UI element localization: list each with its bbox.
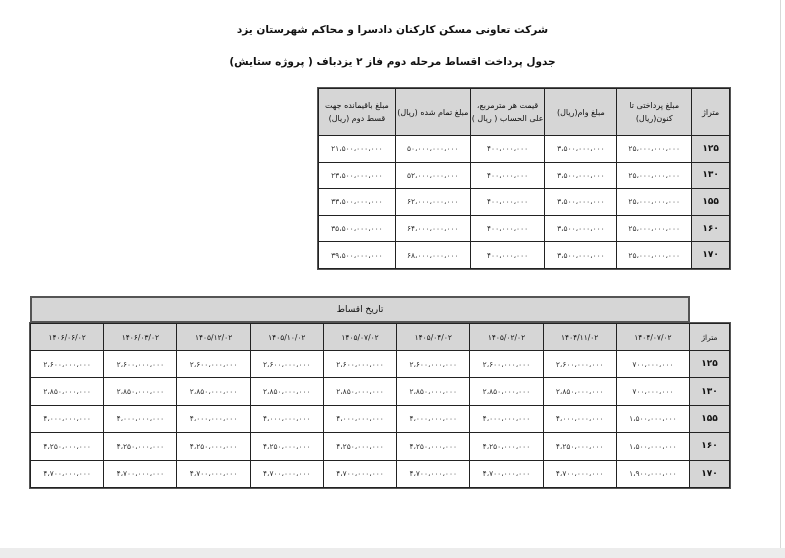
header-paid-so-far: مبلغ پرداختی تا کنون(ریال) <box>617 89 692 136</box>
installment-cell: ۲،۶۰۰،۰۰۰،۰۰۰ <box>250 351 323 378</box>
table-row: ۱۵۵ ۲۵،۰۰۰،۰۰۰،۰۰۰ ۳،۵۰۰،۰۰۰،۰۰۰ ۴۰۰،۰۰۰… <box>319 189 730 216</box>
installment-cell: ۷۰۰،۰۰۰،۰۰۰ <box>616 351 689 378</box>
installment-cell: ۴،۷۰۰،۰۰۰،۰۰۰ <box>250 460 323 487</box>
header-loan-amount: مبلغ وام(ریال) <box>545 89 617 136</box>
installment-cell: ۲،۸۵۰،۰۰۰،۰۰۰ <box>104 378 177 405</box>
installment-cell: ۲،۶۰۰،۰۰۰،۰۰۰ <box>470 351 543 378</box>
total-cell: ۶۲،۰۰۰،۰۰۰،۰۰۰ <box>395 189 470 216</box>
installment-cell: ۴،۰۰۰،۰۰۰،۰۰۰ <box>323 405 396 432</box>
table-row: ۱۷۰ ۱،۹۰۰،۰۰۰،۰۰۰ ۴،۷۰۰،۰۰۰،۰۰۰ ۴،۷۰۰،۰۰… <box>31 460 730 487</box>
header-date: ۱۴۰۵/۰۴/۰۲ <box>397 324 470 351</box>
header-area: متراژ <box>690 324 730 351</box>
area-cell: ۱۷۰ <box>690 460 730 487</box>
installment-cell: ۲،۸۵۰،۰۰۰،۰۰۰ <box>250 378 323 405</box>
installment-cell: ۴،۲۵۰،۰۰۰،۰۰۰ <box>470 433 543 460</box>
installment-cell: ۴،۰۰۰،۰۰۰،۰۰۰ <box>104 405 177 432</box>
table-row: ۱۶۰ ۱،۵۰۰،۰۰۰،۰۰۰ ۴،۲۵۰،۰۰۰،۰۰۰ ۴،۲۵۰،۰۰… <box>31 433 730 460</box>
header-remaining: مبلغ باقیمانده جهت قسط دوم (ریال) <box>319 89 396 136</box>
header-date: ۱۴۰۵/۰۷/۰۲ <box>323 324 396 351</box>
area-cell: ۱۲۵ <box>692 136 730 163</box>
installment-cell: ۷۰۰،۰۰۰،۰۰۰ <box>616 378 689 405</box>
document-page: شرکت تعاونی مسکن کارکنان دادسرا و محاکم … <box>0 0 781 548</box>
installments-table: متراژ ۱۴۰۴/۰۷/۰۲ ۱۴۰۴/۱۱/۰۲ ۱۴۰۵/۰۲/۰۲ ۱… <box>30 323 730 488</box>
table-row: ۱۶۰ ۲۵،۰۰۰،۰۰۰،۰۰۰ ۳،۵۰۰،۰۰۰،۰۰۰ ۴۰۰،۰۰۰… <box>319 215 730 242</box>
table-row: ۱۵۵ ۱،۵۰۰،۰۰۰،۰۰۰ ۴،۰۰۰،۰۰۰،۰۰۰ ۴،۰۰۰،۰۰… <box>31 405 730 432</box>
remaining-cell: ۲۱،۵۰۰،۰۰۰،۰۰۰ <box>319 136 396 163</box>
installment-cell: ۴،۰۰۰،۰۰۰،۰۰۰ <box>470 405 543 432</box>
paid-cell: ۲۵،۰۰۰،۰۰۰،۰۰۰ <box>617 136 692 163</box>
installment-cell: ۲،۸۵۰،۰۰۰،۰۰۰ <box>31 378 104 405</box>
installment-cell: ۴،۷۰۰،۰۰۰،۰۰۰ <box>177 460 250 487</box>
installment-cell: ۴،۲۵۰،۰۰۰،۰۰۰ <box>31 433 104 460</box>
installment-dates-title: تاریخ اقساط <box>30 296 690 323</box>
loan-cell: ۳،۵۰۰،۰۰۰،۰۰۰ <box>545 242 617 269</box>
installment-cell: ۴،۷۰۰،۰۰۰،۰۰۰ <box>470 460 543 487</box>
installment-cell: ۱،۵۰۰،۰۰۰،۰۰۰ <box>616 405 689 432</box>
header-price-per-m2: قیمت هر مترمربع، علی الحساب ( ریال ) <box>470 89 545 136</box>
header-date: ۱۴۰۶/۰۳/۰۲ <box>104 324 177 351</box>
total-cell: ۶۴،۰۰۰،۰۰۰،۰۰۰ <box>395 215 470 242</box>
document-title: شرکت تعاونی مسکن کارکنان دادسرا و محاکم … <box>0 24 785 36</box>
table-row: ۱۲۵ ۲۵،۰۰۰،۰۰۰،۰۰۰ ۳،۵۰۰،۰۰۰،۰۰۰ ۴۰۰،۰۰۰… <box>319 136 730 163</box>
summary-table: متراژ مبلغ پرداختی تا کنون(ریال) مبلغ وا… <box>318 88 730 269</box>
table-row: ۱۲۵ ۷۰۰،۰۰۰،۰۰۰ ۲،۶۰۰،۰۰۰،۰۰۰ ۲،۶۰۰،۰۰۰،… <box>31 351 730 378</box>
remaining-cell: ۲۳،۵۰۰،۰۰۰،۰۰۰ <box>319 162 396 189</box>
area-cell: ۱۳۰ <box>690 378 730 405</box>
installment-cell: ۲،۸۵۰،۰۰۰،۰۰۰ <box>470 378 543 405</box>
price-per-m2-cell: ۴۰۰،۰۰۰،۰۰۰ <box>470 162 545 189</box>
price-per-m2-cell: ۴۰۰،۰۰۰،۰۰۰ <box>470 242 545 269</box>
installment-cell: ۴،۲۵۰،۰۰۰،۰۰۰ <box>397 433 470 460</box>
remaining-cell: ۳۵،۵۰۰،۰۰۰،۰۰۰ <box>319 215 396 242</box>
installment-cell: ۲،۶۰۰،۰۰۰،۰۰۰ <box>104 351 177 378</box>
document-subtitle: جدول پرداخت اقساط مرحله دوم فاز ۲ یزدباف… <box>0 56 785 68</box>
installment-cell: ۴،۰۰۰،۰۰۰،۰۰۰ <box>250 405 323 432</box>
installment-cell: ۴،۲۵۰،۰۰۰،۰۰۰ <box>104 433 177 460</box>
area-cell: ۱۵۵ <box>692 189 730 216</box>
paid-cell: ۲۵،۰۰۰،۰۰۰،۰۰۰ <box>617 189 692 216</box>
paid-cell: ۲۵،۰۰۰،۰۰۰،۰۰۰ <box>617 242 692 269</box>
installment-cell: ۲،۸۵۰،۰۰۰،۰۰۰ <box>543 378 616 405</box>
table-row: ۱۷۰ ۲۵،۰۰۰،۰۰۰،۰۰۰ ۳،۵۰۰،۰۰۰،۰۰۰ ۴۰۰،۰۰۰… <box>319 242 730 269</box>
area-cell: ۱۶۰ <box>690 433 730 460</box>
paid-cell: ۲۵،۰۰۰،۰۰۰،۰۰۰ <box>617 162 692 189</box>
header-date: ۱۴۰۴/۰۷/۰۲ <box>616 324 689 351</box>
installment-cell: ۲،۸۵۰،۰۰۰،۰۰۰ <box>397 378 470 405</box>
header-date: ۱۴۰۵/۱۰/۰۲ <box>250 324 323 351</box>
total-cell: ۵۲،۰۰۰،۰۰۰،۰۰۰ <box>395 162 470 189</box>
area-cell: ۱۶۰ <box>692 215 730 242</box>
installment-cell: ۱،۹۰۰،۰۰۰،۰۰۰ <box>616 460 689 487</box>
loan-cell: ۳،۵۰۰،۰۰۰،۰۰۰ <box>545 189 617 216</box>
installment-cell: ۴،۰۰۰،۰۰۰،۰۰۰ <box>397 405 470 432</box>
paid-cell: ۲۵،۰۰۰،۰۰۰،۰۰۰ <box>617 215 692 242</box>
area-cell: ۱۳۰ <box>692 162 730 189</box>
installment-cell: ۴،۲۵۰،۰۰۰،۰۰۰ <box>177 433 250 460</box>
installment-cell: ۴،۲۵۰،۰۰۰،۰۰۰ <box>250 433 323 460</box>
installment-cell: ۴،۷۰۰،۰۰۰،۰۰۰ <box>323 460 396 487</box>
installment-cell: ۲،۶۰۰،۰۰۰،۰۰۰ <box>543 351 616 378</box>
installment-cell: ۱،۵۰۰،۰۰۰،۰۰۰ <box>616 433 689 460</box>
price-per-m2-cell: ۴۰۰،۰۰۰،۰۰۰ <box>470 136 545 163</box>
installment-cell: ۴،۲۵۰،۰۰۰،۰۰۰ <box>323 433 396 460</box>
viewer-bottom-edge <box>0 548 785 558</box>
loan-cell: ۳،۵۰۰،۰۰۰،۰۰۰ <box>545 162 617 189</box>
price-per-m2-cell: ۴۰۰،۰۰۰،۰۰۰ <box>470 215 545 242</box>
installment-cell: ۴،۷۰۰،۰۰۰،۰۰۰ <box>31 460 104 487</box>
loan-cell: ۳،۵۰۰،۰۰۰،۰۰۰ <box>545 136 617 163</box>
table-row: ۱۳۰ ۲۵،۰۰۰،۰۰۰،۰۰۰ ۳،۵۰۰،۰۰۰،۰۰۰ ۴۰۰،۰۰۰… <box>319 162 730 189</box>
total-cell: ۵۰،۰۰۰،۰۰۰،۰۰۰ <box>395 136 470 163</box>
installment-cell: ۲،۶۰۰،۰۰۰،۰۰۰ <box>323 351 396 378</box>
installment-cell: ۲،۸۵۰،۰۰۰،۰۰۰ <box>177 378 250 405</box>
summary-table-header-row: متراژ مبلغ پرداختی تا کنون(ریال) مبلغ وا… <box>319 89 730 136</box>
header-date: ۱۴۰۶/۰۶/۰۲ <box>31 324 104 351</box>
area-cell: ۱۵۵ <box>690 405 730 432</box>
area-cell: ۱۷۰ <box>692 242 730 269</box>
header-date: ۱۴۰۵/۰۲/۰۲ <box>470 324 543 351</box>
header-area: متراژ <box>692 89 730 136</box>
header-total-price: مبلغ تمام شده (ریال) <box>395 89 470 136</box>
remaining-cell: ۳۳،۵۰۰،۰۰۰،۰۰۰ <box>319 189 396 216</box>
installment-cell: ۲،۶۰۰،۰۰۰،۰۰۰ <box>31 351 104 378</box>
installment-cell: ۴،۰۰۰،۰۰۰،۰۰۰ <box>177 405 250 432</box>
header-date: ۱۴۰۴/۱۱/۰۲ <box>543 324 616 351</box>
total-cell: ۶۸،۰۰۰،۰۰۰،۰۰۰ <box>395 242 470 269</box>
installment-cell: ۴،۷۰۰،۰۰۰،۰۰۰ <box>543 460 616 487</box>
installment-cell: ۴،۷۰۰،۰۰۰،۰۰۰ <box>104 460 177 487</box>
installment-cell: ۲،۶۰۰،۰۰۰،۰۰۰ <box>177 351 250 378</box>
installment-cell: ۴،۲۵۰،۰۰۰،۰۰۰ <box>543 433 616 460</box>
header-date: ۱۴۰۵/۱۲/۰۲ <box>177 324 250 351</box>
area-cell: ۱۲۵ <box>690 351 730 378</box>
installment-cell: ۴،۷۰۰،۰۰۰،۰۰۰ <box>397 460 470 487</box>
installment-cell: ۴،۰۰۰،۰۰۰،۰۰۰ <box>543 405 616 432</box>
installments-header-row: متراژ ۱۴۰۴/۰۷/۰۲ ۱۴۰۴/۱۱/۰۲ ۱۴۰۵/۰۲/۰۲ ۱… <box>31 324 730 351</box>
loan-cell: ۳،۵۰۰،۰۰۰،۰۰۰ <box>545 215 617 242</box>
table-row: ۱۳۰ ۷۰۰،۰۰۰،۰۰۰ ۲،۸۵۰،۰۰۰،۰۰۰ ۲،۸۵۰،۰۰۰،… <box>31 378 730 405</box>
remaining-cell: ۳۹،۵۰۰،۰۰۰،۰۰۰ <box>319 242 396 269</box>
price-per-m2-cell: ۴۰۰،۰۰۰،۰۰۰ <box>470 189 545 216</box>
installment-cell: ۴،۰۰۰،۰۰۰،۰۰۰ <box>31 405 104 432</box>
installment-cell: ۲،۸۵۰،۰۰۰،۰۰۰ <box>323 378 396 405</box>
installment-cell: ۲،۶۰۰،۰۰۰،۰۰۰ <box>397 351 470 378</box>
